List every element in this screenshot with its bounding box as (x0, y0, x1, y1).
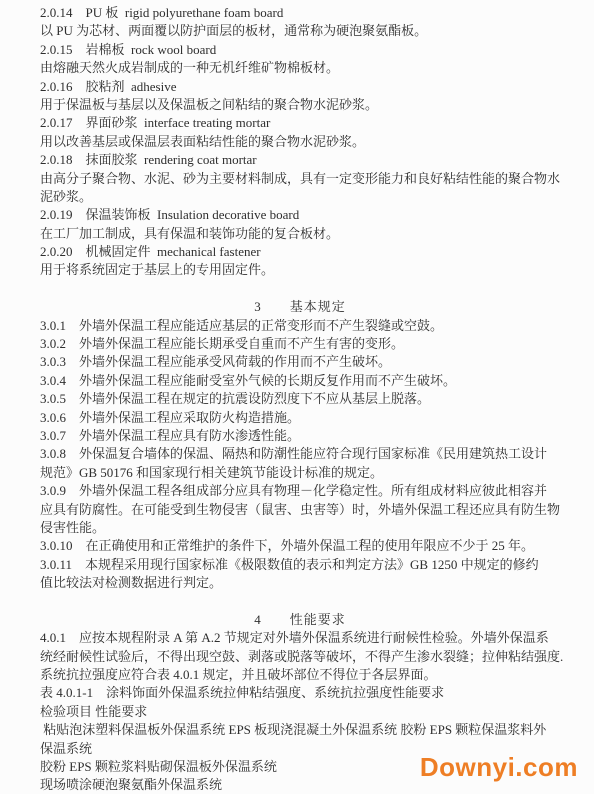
term-2-0-16-definition: 用于保温板与基层以及保温板之间粘结的聚合物水泥砂浆。 (40, 96, 560, 114)
clause-3-0-10: 3.0.10 在正确使用和正常维护的条件下，外墙外保温工程的使用年限应不少于 2… (40, 537, 560, 555)
term-2-0-20-definition: 用于将系统固定于基层上的专用固定件。 (40, 261, 560, 279)
term-2-0-15-definition: 由熔融天然火成岩制成的一种无机纤维矿物棉板材。 (40, 59, 560, 77)
section-4-heading: 4 性能要求 (40, 611, 560, 629)
term-2-0-18-definition: 由高分子聚合物、水泥、砂为主要材料制成，具有一定变形能力和良好粘结性能的聚合物水 (40, 170, 560, 188)
clause-4-0-1-cont2: 系统抗拉强度应符合表 4.0.1 规定，并且破坏部位不得位于各层界面。 (40, 666, 560, 684)
term-2-0-15-title: 2.0.15 岩棉板 rock wool board (40, 41, 560, 59)
clause-3-0-3: 3.0.3 外墙外保温工程应能承受风荷载的作用而不产生破坏。 (40, 353, 560, 371)
clause-3-0-6: 3.0.6 外墙外保温工程应采取防火构造措施。 (40, 409, 560, 427)
clause-3-0-5: 3.0.5 外墙外保温工程在规定的抗震设防烈度下不应从基层上脱落。 (40, 390, 560, 408)
clause-3-0-9-cont2: 侵害性能。 (40, 519, 560, 537)
clause-4-0-1-cont: 统经耐候性试验后，不得出现空鼓、剥落或脱落等破坏，不得产生渗水裂缝；拉伸粘结强度… (40, 648, 560, 666)
term-2-0-17-definition: 用以改善基层或保温层表面粘结性能的聚合物水泥砂浆。 (40, 133, 560, 151)
blank-line (40, 593, 560, 611)
clause-3-0-1: 3.0.1 外墙外保温工程应能适应基层的正常变形而不产生裂缝或空鼓。 (40, 317, 560, 335)
clause-4-0-1: 4.0.1 应按本规程附录 A 第 A.2 节规定对外墙外保温系统进行耐候性检验… (40, 629, 560, 647)
clause-3-0-8: 3.0.8 外保温复合墙体的保温、隔热和防潮性能应符合现行国家标准《民用建筑热工… (40, 445, 560, 463)
term-2-0-19-definition: 在工厂加工制成，具有保温和装饰功能的复合板材。 (40, 225, 560, 243)
term-2-0-14-definition: 以 PU 为芯材、两面覆以防护面层的板材，通常称为硬泡聚氨酯板。 (40, 22, 560, 40)
table-header-row: 检验项目 性能要求 (40, 703, 560, 721)
term-2-0-18-title: 2.0.18 抹面胶浆 rendering coat mortar (40, 151, 560, 169)
term-2-0-20-title: 2.0.20 机械固定件 mechanical fastener (40, 243, 560, 261)
clause-3-0-11-cont: 值比较法对检测数据进行判定。 (40, 574, 560, 592)
table-4-0-1-1-caption: 表 4.0.1-1 涂料饰面外保温系统拉伸粘结强度、系统抗拉强度性能要求 (40, 684, 560, 702)
clause-3-0-9: 3.0.9 外墙外保温工程各组成部分应具有物理－化学稳定性。所有组成材料应彼此相… (40, 482, 560, 500)
term-2-0-16-title: 2.0.16 胶粘剂 adhesive (40, 78, 560, 96)
clause-3-0-7: 3.0.7 外墙外保温工程应具有防水渗透性能。 (40, 427, 560, 445)
term-2-0-14-title: 2.0.14 PU 板 rigid polyurethane foam boar… (40, 4, 560, 22)
term-2-0-18-definition-cont: 泥砂浆。 (40, 188, 560, 206)
clause-3-0-4: 3.0.4 外墙外保温工程应能耐受室外气候的长期反复作用而不产生破坏。 (40, 372, 560, 390)
document-page: 2.0.14 PU 板 rigid polyurethane foam boar… (0, 0, 594, 794)
clause-3-0-8-cont: 规范》GB 50176 和国家现行相关建筑节能设计标准的规定。 (40, 464, 560, 482)
clause-3-0-9-cont: 应具有防腐性。在可能受到生物侵害（鼠害、虫害等）时，外墙外保温工程还应具有防生物 (40, 501, 560, 519)
watermark-downyi: Downyi.com (420, 752, 578, 783)
table-row-systems-1: 粘贴泡沫塑料保温板外保温系统 EPS 板现浇混凝土外保温系统 胶粉 EPS 颗粒… (40, 721, 560, 739)
clause-3-0-11: 3.0.11 本规程采用现行国家标准《极限数值的表示和判定方法》GB 1250 … (40, 556, 560, 574)
blank-line (40, 280, 560, 298)
term-2-0-19-title: 2.0.19 保温装饰板 Insulation decorative board (40, 206, 560, 224)
term-2-0-17-title: 2.0.17 界面砂浆 interface treating mortar (40, 114, 560, 132)
section-3-heading: 3 基本规定 (40, 298, 560, 316)
clause-3-0-2: 3.0.2 外墙外保温工程应能长期承受自重而不产生有害的变形。 (40, 335, 560, 353)
